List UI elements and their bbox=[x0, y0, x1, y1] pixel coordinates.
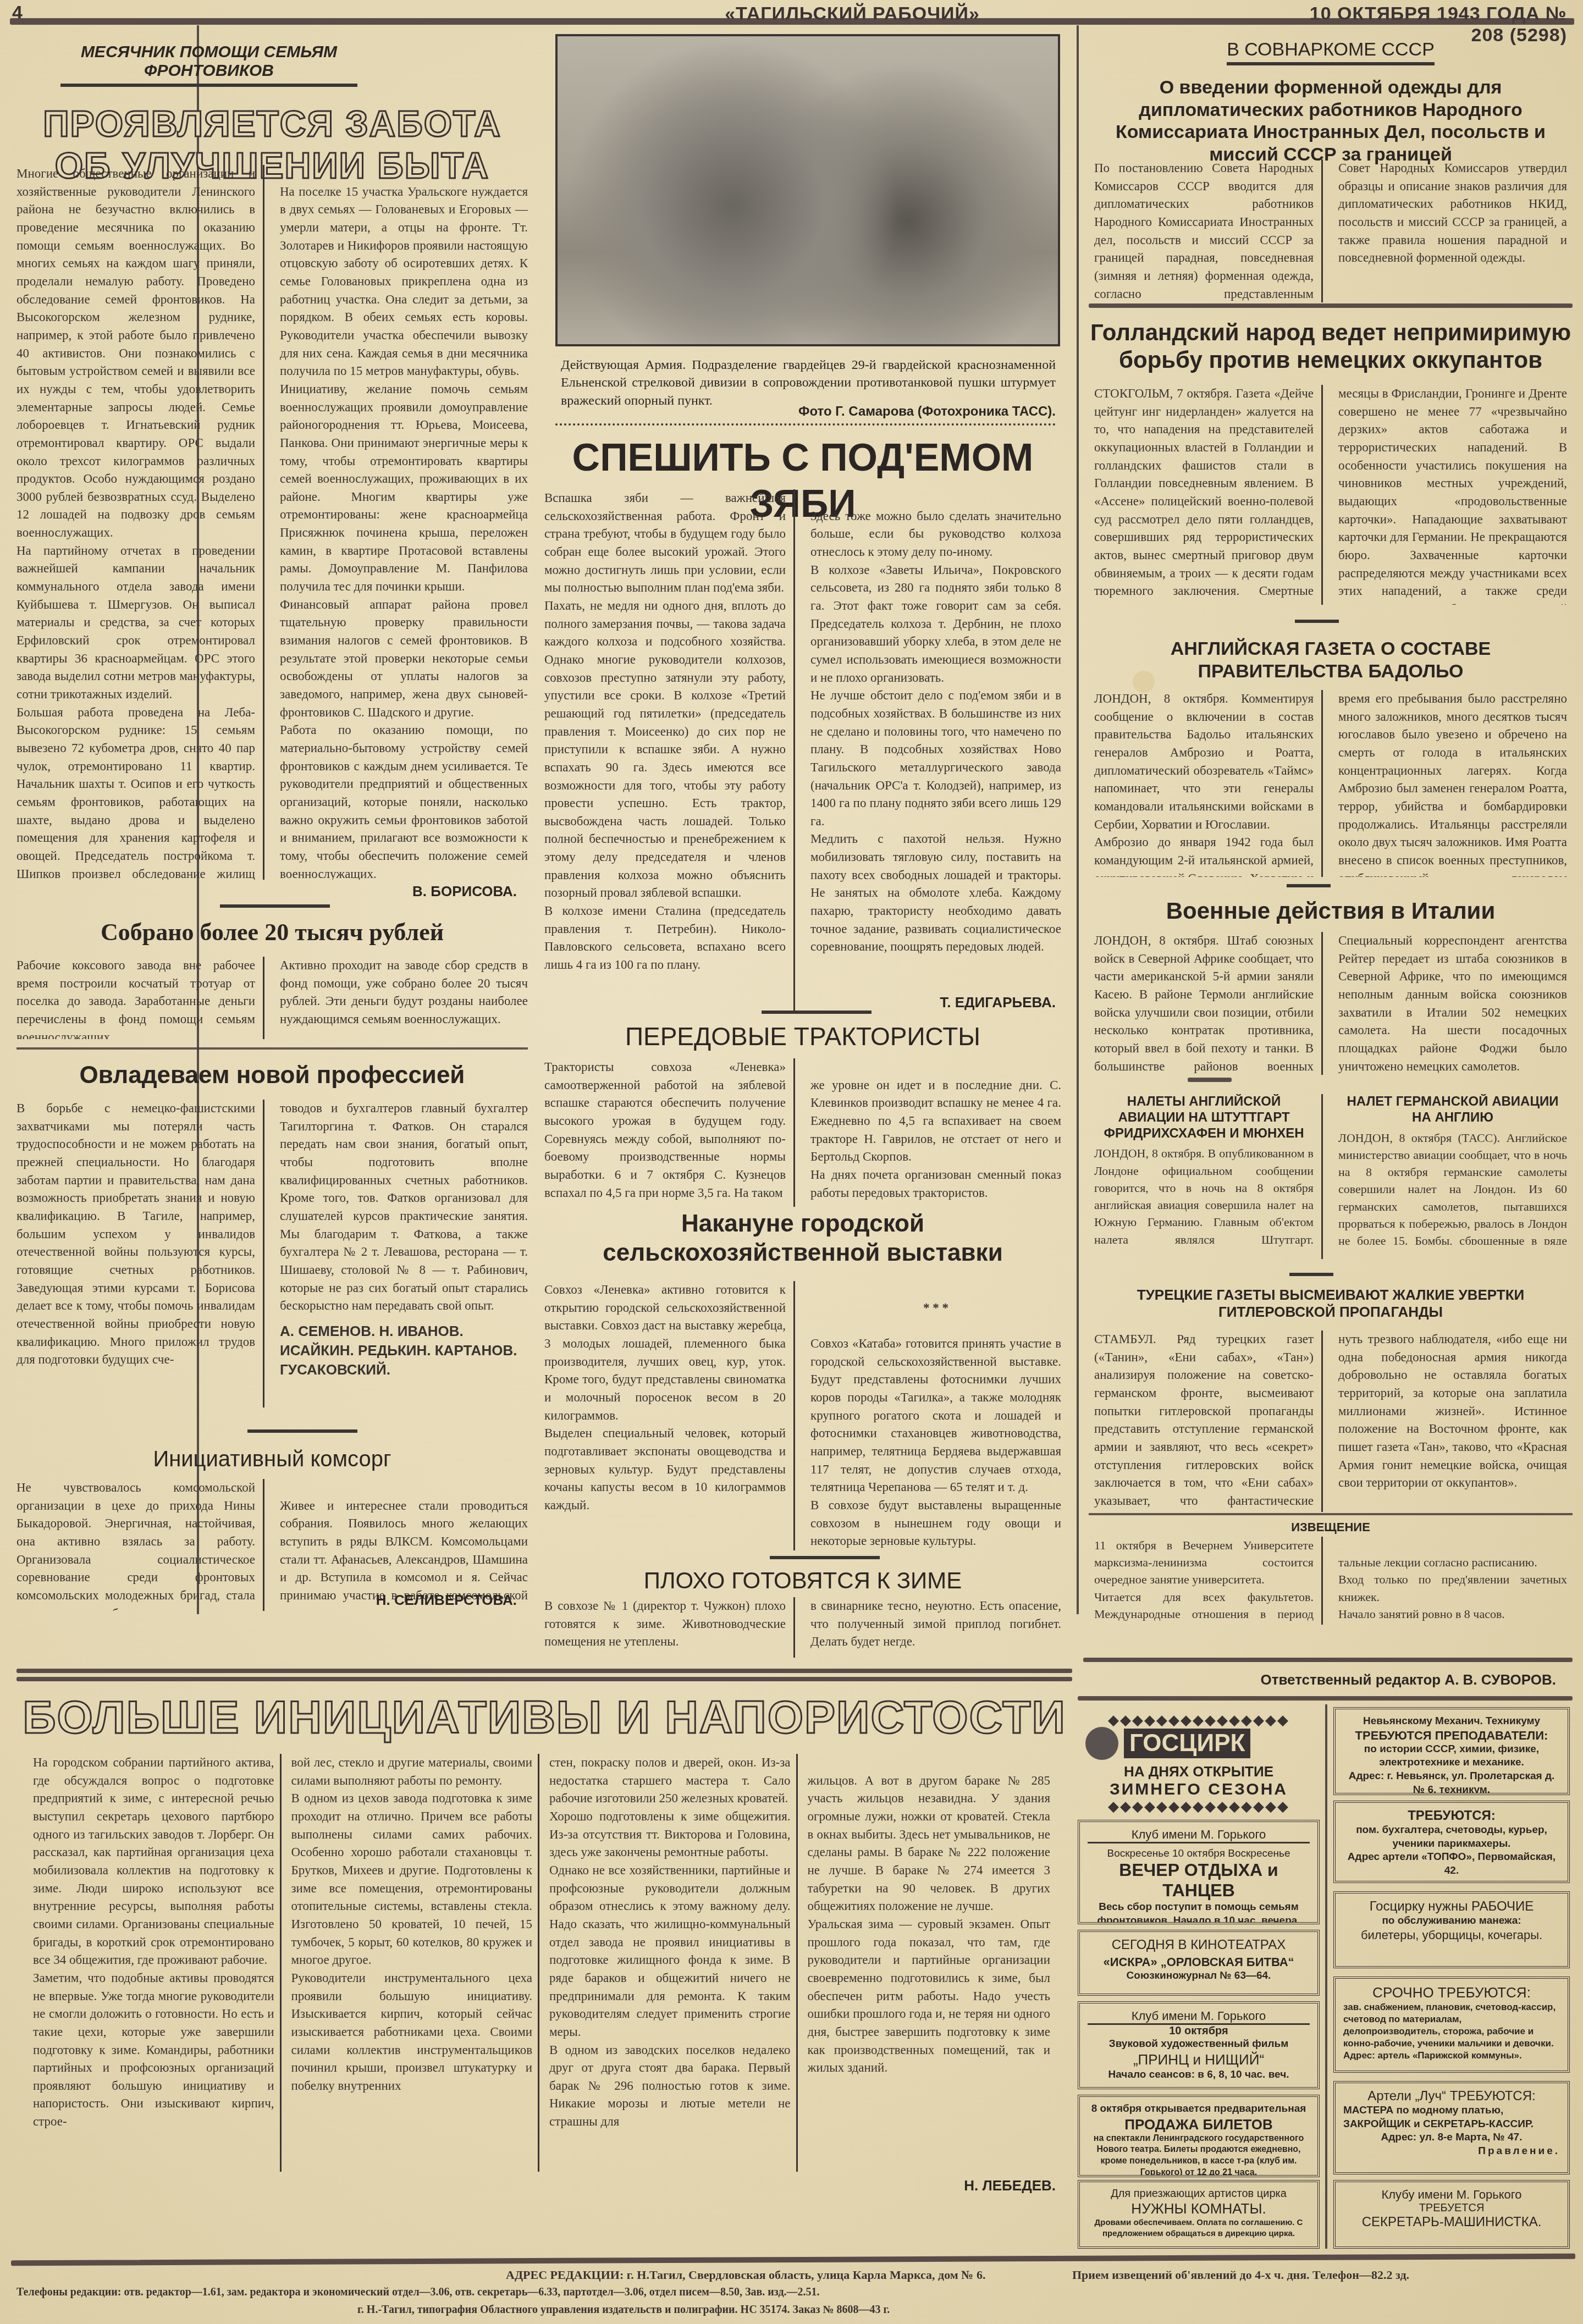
ad-circus-workers: Госцирку нужны РАБОЧИЕ по обслуживанию м… bbox=[1333, 1891, 1570, 1968]
signature: Т. ЕДИГАРЬЕВА. bbox=[880, 994, 1056, 1011]
war-photo bbox=[555, 34, 1060, 346]
article-column: нуть трезвого наблюдателя, «ибо еще ни о… bbox=[1338, 1331, 1567, 1512]
article-column: месяцы в Фрисландии, Гронинге и Дренте с… bbox=[1338, 385, 1567, 605]
article-italy-body: ЛОНДОН, 8 октября. Штаб союзных войск в … bbox=[1094, 932, 1567, 1075]
article-text: На поселке 15 участка Уральскоге нуждает… bbox=[280, 185, 528, 880]
footer-printing: г. Н.-Тагил, типография Областного управ… bbox=[357, 2304, 1457, 2316]
separator-stars: * * * bbox=[810, 1299, 1061, 1317]
ad-rooms-intro: Для приезжающих артистов цирка bbox=[1088, 2188, 1310, 2200]
ad-technikum-address: Адрес: г. Невьянск, ул. Пролетарская д. … bbox=[1343, 1770, 1560, 1795]
ad-tickets-title: ПРОДАЖА БИЛЕТОВ bbox=[1088, 2116, 1310, 2133]
article-zyab-body: Вспашка зяби — важнейшая сельскохозяйств… bbox=[544, 489, 1061, 1012]
air-raids-block: НАЛЕТЫ АНГЛИЙСКОЙ АВИАЦИИ НА ШТУТТГАРТ Ф… bbox=[1094, 1094, 1567, 1259]
article-column: товодов и бухгалтеров главный бухгалтер … bbox=[280, 1100, 528, 1407]
headline-komsorg: Инициативный комсорг bbox=[16, 1446, 528, 1472]
article-column: тальные лекции согласно расписанию. Вход… bbox=[1338, 1537, 1567, 1625]
article-tractorists-body: Трактористы совхоза «Леневка» самоотверж… bbox=[544, 1058, 1061, 1207]
article-text: жильцов. А вот в другом бараке № 285 уча… bbox=[808, 1774, 1051, 2075]
ad-technikum: Невьянскому Механич. Техникуму ТРЕБУЮТСЯ… bbox=[1333, 1707, 1570, 1795]
article-column: Здесь тоже можно было сделать значительн… bbox=[810, 489, 1061, 1012]
footer-address: АДРЕС РЕДАКЦИИ: г. Н.Тагил, Свердловская… bbox=[506, 2268, 1056, 2282]
article-turkish-body: СТАМБУЛ. Ряд турецких газет («Танин», «Е… bbox=[1094, 1331, 1567, 1512]
column-divider bbox=[1077, 25, 1079, 1614]
column-divider bbox=[1325, 1704, 1327, 2249]
footer-rule bbox=[11, 2254, 1575, 2266]
rubric-label: МЕСЯЧНИК ПОМОЩИ СЕМЬЯМ ФРОНТОВИКОВ bbox=[60, 43, 357, 87]
section-rule bbox=[1188, 1078, 1232, 1082]
article-column: Многие общественные организации и хозяйс… bbox=[16, 165, 264, 880]
notice-signature: Дирекция. bbox=[1338, 1622, 1567, 1625]
section-rule bbox=[16, 1047, 528, 1050]
ad-film-title: „ПРИНЦ и НИЩИЙ“ bbox=[1088, 2051, 1310, 2068]
article-column: ЛОНДОН, 8 октября. Комментируя сообщение… bbox=[1094, 690, 1323, 877]
ad-luch: Артели „Луч“ ТРЕБУЮТСЯ: МАСТЕРА по модно… bbox=[1333, 2081, 1570, 2174]
headline-raf-raids: НАЛЕТЫ АНГЛИЙСКОЙ АВИАЦИИ НА ШТУТТГАРТ Ф… bbox=[1094, 1094, 1314, 1141]
article-column: На городском собрании партийного актива,… bbox=[33, 1754, 282, 2172]
diamond-border: ◆◆◆◆◆◆◆◆◆◆◆◆◆◆◆ bbox=[1085, 1713, 1312, 1727]
diamond-border: ◆◆◆◆◆◆◆◆◆◆◆◆◆◆◆ bbox=[1085, 1799, 1312, 1813]
article-column: В борьбе с немецко-фашистскими захватчик… bbox=[16, 1100, 264, 1407]
article-exhibition-body: Совхоз «Леневка» активно готовится к отк… bbox=[544, 1281, 1061, 1550]
article-column: * * * Совхоз «Катаба» готовится принять … bbox=[810, 1281, 1061, 1550]
article-column: стен, покраску полов и дверей, окон. Из-… bbox=[549, 1754, 798, 2172]
masthead-rule bbox=[10, 18, 1574, 25]
ad-club-secretary-title: Клубу имени М. Горького bbox=[1343, 2188, 1560, 2202]
ad-cinema-title: СЕГОДНЯ В КИНОТЕАТРАХ bbox=[1088, 1937, 1310, 1953]
wavy-rule bbox=[555, 423, 1056, 429]
article-column: Трактористы совхоза «Леневка» самоотверж… bbox=[544, 1058, 795, 1207]
ad-urgent: СРОЧНО ТРЕБУЮТСЯ: зав. снабжением, плано… bbox=[1333, 1977, 1570, 2073]
ad-circus-workers-positions: билетеры, уборщицы, кочегары. bbox=[1343, 1928, 1560, 1942]
ad-technikum-subjects: по истории СССР, химии, физике, электрот… bbox=[1343, 1743, 1560, 1770]
ad-circus-workers-title: Госцирку нужны РАБОЧИЕ bbox=[1343, 1899, 1560, 1914]
signatures: А. СЕМЕНОВ. Н. ИВАНОВ. ИСАЙКИН. РЕДЬКИН.… bbox=[280, 1322, 528, 1379]
article-20-thousand-body: Рабочие коксового завода вне рабочее вре… bbox=[16, 957, 528, 1039]
article-text: товодов и бухгалтеров главный бухгалтер … bbox=[280, 1100, 528, 1315]
article-column: Совхоз «Леневка» активно готовится к отк… bbox=[544, 1281, 795, 1550]
ad-circus-workers-subtitle: по обслуживанию манежа: bbox=[1343, 1914, 1560, 1928]
ad-cinema: СЕГОДНЯ В КИНОТЕАТРАХ «ИСКРА» „ОРЛОВСКАЯ… bbox=[1078, 1930, 1320, 1996]
ad-club-title: Клуб имени М. Горького bbox=[1088, 1828, 1310, 1843]
ad-luch-signature: Правление. bbox=[1343, 2145, 1560, 2159]
paper-stain bbox=[1133, 671, 1155, 693]
article-column: СТОКГОЛЬМ, 7 октября. Газета «Дейче цейт… bbox=[1094, 385, 1323, 605]
headline-italy: Военные действия в Италии bbox=[1086, 897, 1575, 925]
section-rule bbox=[16, 1669, 1072, 1673]
article-text: ЛОНДОН, 8 октября (ТАСС). Английское мин… bbox=[1338, 1129, 1567, 1245]
photo-caption: Действующая Армия. Подразделение гвардей… bbox=[561, 356, 1056, 410]
article-column: в свинарнике тесно, неуютно. Есть опасен… bbox=[810, 1597, 1061, 1658]
section-rule bbox=[1287, 884, 1331, 887]
section-rule bbox=[1089, 303, 1573, 308]
sovnarkom-section: В СОВНАРКОМЕ СССР О введении форменной о… bbox=[1094, 38, 1567, 166]
ad-cinema-films: «ИСКРА» „ОРЛОВСКАЯ БИТВА“ bbox=[1088, 1955, 1310, 1969]
rubric-sovnarkom: В СОВНАРКОМЕ СССР bbox=[1094, 38, 1567, 61]
section-rule bbox=[770, 1556, 880, 1559]
notice-body: 11 октября в Вечернем Университете маркс… bbox=[1094, 1537, 1567, 1625]
signature: В. БОРИСОВА. bbox=[330, 883, 517, 900]
article-column: Активно проходит на заводе сбор средств … bbox=[280, 957, 528, 1039]
ad-club-secretary-subtitle: ТРЕБУЕТСЯ bbox=[1343, 2202, 1560, 2215]
article-column: Рабочие коксового завода вне рабочее вре… bbox=[16, 957, 264, 1039]
section-rule bbox=[247, 1429, 357, 1433]
ad-club-secretary-position: СЕКРЕТАРЬ-МАШИНИСТКА. bbox=[1343, 2215, 1560, 2230]
ad-circus-title: ГОСЦИРК bbox=[1124, 1729, 1250, 1758]
ad-topfo-positions: пом. бухгалтера, счетоводы, курьер, учен… bbox=[1343, 1824, 1560, 1851]
article-column: На поселке 15 участка Уральскоге нуждает… bbox=[280, 165, 528, 880]
ad-rooms-title: НУЖНЫ КОМНАТЫ. bbox=[1088, 2200, 1310, 2217]
ad-tickets-intro: 8 октября открывается предварительная bbox=[1088, 2102, 1310, 2116]
article-text: тальные лекции согласно расписанию. Вход… bbox=[1338, 1555, 1567, 1621]
headline-badoglio: АНГЛИЙСКАЯ ГАЗЕТА О СОСТАВЕ ПРАВИТЕЛЬСТВ… bbox=[1086, 638, 1575, 683]
article-column: СТАМБУЛ. Ряд турецких газет («Танин», «Е… bbox=[1094, 1331, 1323, 1512]
article-column: вой лес, стекло и другие материалы, свои… bbox=[291, 1754, 540, 2172]
ad-club-title: Клуб имени М. Горького bbox=[1088, 2009, 1310, 2025]
responsible-editor: Ответственный редактор А. В. СУВОРОВ. bbox=[1094, 1671, 1556, 1688]
ad-circus-line2: ЗИМНЕГО СЕЗОНА bbox=[1085, 1780, 1312, 1799]
article-column: В совхозе № 1 (директор т. Чужкон) плохо… bbox=[544, 1597, 795, 1658]
section-rule bbox=[762, 1011, 872, 1014]
ad-urgent-title: СРОЧНО ТРЕБУЮТСЯ: bbox=[1343, 1984, 1560, 2001]
article-new-profession-body: В борьбе с немецко-фашистскими захватчик… bbox=[16, 1100, 528, 1407]
section-rule bbox=[1083, 1658, 1573, 1662]
headline-20-thousand: Собрано более 20 тысяч рублей bbox=[16, 918, 528, 947]
notice-title: ИЗВЕЩЕНИЕ bbox=[1094, 1520, 1567, 1534]
article-column: 11 октября в Вечернем Университете маркс… bbox=[1094, 1537, 1323, 1625]
headline-holland: Голландский народ ведет непримиримую бор… bbox=[1086, 319, 1575, 374]
section-rule bbox=[1289, 1273, 1333, 1276]
ad-luch-positions: МАСТЕРА по модному платью, ЗАКРОЙЩИК и С… bbox=[1343, 2104, 1560, 2131]
ad-luch-address: Адрес: ул. 8-е Марта, № 47. bbox=[1343, 2131, 1560, 2145]
article-column: ЛОНДОН, 8 октября. Штаб союзных войск в … bbox=[1094, 932, 1323, 1075]
photo-credit: Фото Г. Самарова (Фотохроника ТАСС). bbox=[561, 404, 1056, 419]
ad-technikum-line1: Невьянскому Механич. Техникуму bbox=[1343, 1715, 1560, 1729]
article-text: Здесь тоже можно было сделать значительн… bbox=[810, 509, 1061, 954]
newspaper-page: 4 «ТАГИЛЬСКИЙ РАБОЧИЙ» 10 ОКТЯБРЯ 1943 Г… bbox=[0, 0, 1583, 2324]
ad-club-film: Клуб имени М. Горького 10 октября Звуков… bbox=[1078, 2001, 1320, 2089]
article-winter-body: В совхозе № 1 (директор т. Чужкон) плохо… bbox=[544, 1597, 1061, 1658]
article-column: Не чувствовалось комсомольской организац… bbox=[16, 1479, 264, 1611]
article-badoglio-body: ЛОНДОН, 8 октября. Комментируя сообщение… bbox=[1094, 690, 1567, 877]
article-column: жильцов. А вот в другом бараке № 285 уча… bbox=[808, 1754, 1056, 2172]
ad-rooms-details: Дровами обеспечиваем. Оплата по соглашен… bbox=[1088, 2217, 1310, 2239]
ad-film-sessions: Начало сеансов: в 6, 8, 10 час. веч. bbox=[1088, 2068, 1310, 2082]
section-rule bbox=[16, 1677, 1072, 1681]
article-text: ЛОНДОН, 8 октября. В опубликованном в Ло… bbox=[1094, 1145, 1314, 1249]
ad-tickets: 8 октября открывается предварительная ПР… bbox=[1078, 2095, 1320, 2177]
ad-technikum-title: ТРЕБУЮТСЯ ПРЕПОДАВАТЕЛИ: bbox=[1343, 1729, 1560, 1743]
headline-initiative: БОЛЬШЕ ИНИЦИАТИВЫ И НАПОРИСТОСТИ bbox=[16, 1691, 1072, 1744]
ad-club-event: ВЕЧЕР ОТДЫХА и ТАНЦЕВ bbox=[1088, 1860, 1310, 1901]
ad-circus-line1: НА ДНЯХ ОТКРЫТИЕ bbox=[1085, 1763, 1312, 1780]
ad-cinema-details: Союзкиножурнал № 63—64. bbox=[1088, 1969, 1310, 1983]
article-uniform-body: По постановлению Совета Народных Комисса… bbox=[1094, 159, 1567, 302]
article-zabota-body: Многие общественные организации и хозяйс… bbox=[16, 165, 528, 880]
article-column: Специальный корреспондент агентства Рейт… bbox=[1338, 932, 1567, 1075]
section-rule bbox=[1089, 1513, 1573, 1515]
ad-rooms: Для приезжающих артистов цирка НУЖНЫ КОМ… bbox=[1078, 2180, 1320, 2249]
ad-film-date: 10 октября bbox=[1088, 2025, 1310, 2038]
footer-phones: Телефоны редакции: отв. редактор—1.61, з… bbox=[16, 2286, 1567, 2299]
headline-turkish-papers: ТУРЕЦКИЕ ГАЗЕТЫ ВЫСМЕИВАЮТ ЖАЛКИЕ УВЕРТК… bbox=[1086, 1287, 1575, 1321]
article-column: По постановлению Совета Народных Комисса… bbox=[1094, 159, 1323, 302]
headline-tractorists: ПЕРЕДОВЫЕ ТРАКТОРИСТЫ bbox=[544, 1022, 1061, 1052]
article-text: Совхоз «Катаба» готовится принять участи… bbox=[810, 1337, 1061, 1548]
ad-topfo-address: Адрес артели «ТОПФО», Первомайская, 42. bbox=[1343, 1851, 1560, 1878]
ad-club-details: Весь сбор поступит в помощь семьям фронт… bbox=[1088, 1901, 1310, 1924]
article-column: же уровне он идет и в последние дни. С. … bbox=[810, 1058, 1061, 1207]
signature: Н. СЕЛИВЕРСТОВА. bbox=[330, 1592, 517, 1609]
article-column: Живее и интереснее стали проводиться соб… bbox=[280, 1479, 528, 1611]
article-column: Вспашка зяби — важнейшая сельскохозяйств… bbox=[544, 489, 795, 1012]
ad-urgent-details: зав. снабжением, плановик, счетовод-касс… bbox=[1343, 2001, 1560, 2062]
ad-luch-title: Артели „Луч“ ТРЕБУЮТСЯ: bbox=[1343, 2089, 1560, 2104]
ad-tickets-details: на спектакли Ленинградского государствен… bbox=[1088, 2133, 1310, 2177]
left-section: МЕСЯЧНИК ПОМОЩИ СЕМЬЯМ ФРОНТОВИКОВ ПРОЯВ… bbox=[16, 33, 528, 187]
headline-exhibition: Накануне городской сельскохозяйственной … bbox=[544, 1210, 1061, 1268]
signature: Н. ЛЕБЕДЕВ. bbox=[891, 2177, 1056, 2194]
article-text: же уровне он идет и в последние дни. С. … bbox=[810, 1078, 1061, 1200]
footer-ads-info: Прием извещений об'явлений до 4-х ч. дня… bbox=[1072, 2268, 1567, 2282]
headline-line: ПРОЯВЛЯЕТСЯ ЗАБОТА bbox=[16, 103, 528, 145]
article-initiative-body: На городском собрании партийного актива,… bbox=[33, 1754, 1056, 2172]
rubric-label: В СОВНАРКОМЕ СССР bbox=[1227, 39, 1435, 65]
article-luftwaffe-raid: НАЛЕТ ГЕРМАНСКОЙ АВИАЦИИ НА АНГЛИЮ ЛОНДО… bbox=[1338, 1094, 1567, 1259]
section-rule bbox=[1078, 1696, 1573, 1701]
ad-topfo: ТРЕБУЮТСЯ: пом. бухгалтера, счетоводы, к… bbox=[1333, 1801, 1570, 1883]
headline-luftwaffe-raid: НАЛЕТ ГЕРМАНСКОЙ АВИАЦИИ НА АНГЛИЮ bbox=[1338, 1094, 1567, 1126]
article-holland-body: СТОКГОЛЬМ, 7 октября. Газета «Дейче цейт… bbox=[1094, 385, 1567, 605]
ad-topfo-title: ТРЕБУЮТСЯ: bbox=[1343, 1808, 1560, 1824]
ad-film-subtitle: Звуковой художественный фильм bbox=[1088, 2038, 1310, 2051]
headline-diplomatic-uniform: О введении форменной одежды для дипломат… bbox=[1094, 76, 1567, 166]
headline-winter: ПЛОХО ГОТОВЯТСЯ К ЗИМЕ bbox=[544, 1567, 1061, 1594]
ad-club-dance: Клуб имени М. Горького Воскресенье 10 ок… bbox=[1078, 1820, 1320, 1924]
article-column: время его пребывания было расстреляно мн… bbox=[1338, 690, 1567, 877]
ad-club-date: Воскресенье 10 октября Воскресенье bbox=[1088, 1848, 1310, 1860]
article-raf-raids: НАЛЕТЫ АНГЛИЙСКОЙ АВИАЦИИ НА ШТУТТГАРТ Ф… bbox=[1094, 1094, 1323, 1259]
circus-emblem-icon bbox=[1085, 1727, 1118, 1760]
headline-new-profession: Овладеваем новой профессией bbox=[16, 1061, 528, 1090]
section-rule bbox=[220, 904, 330, 908]
ad-circus: ◆◆◆◆◆◆◆◆◆◆◆◆◆◆◆ ГОСЦИРК НА ДНЯХ ОТКРЫТИЕ… bbox=[1078, 1707, 1320, 1834]
section-rule bbox=[1295, 620, 1339, 623]
ad-club-secretary: Клубу имени М. Горького ТРЕБУЕТСЯ СЕКРЕТ… bbox=[1333, 2180, 1570, 2249]
article-komsorg-body: Не чувствовалось комсомольской организац… bbox=[16, 1479, 528, 1611]
article-column: Совет Народных Комиссаров утвердил образ… bbox=[1338, 159, 1567, 302]
